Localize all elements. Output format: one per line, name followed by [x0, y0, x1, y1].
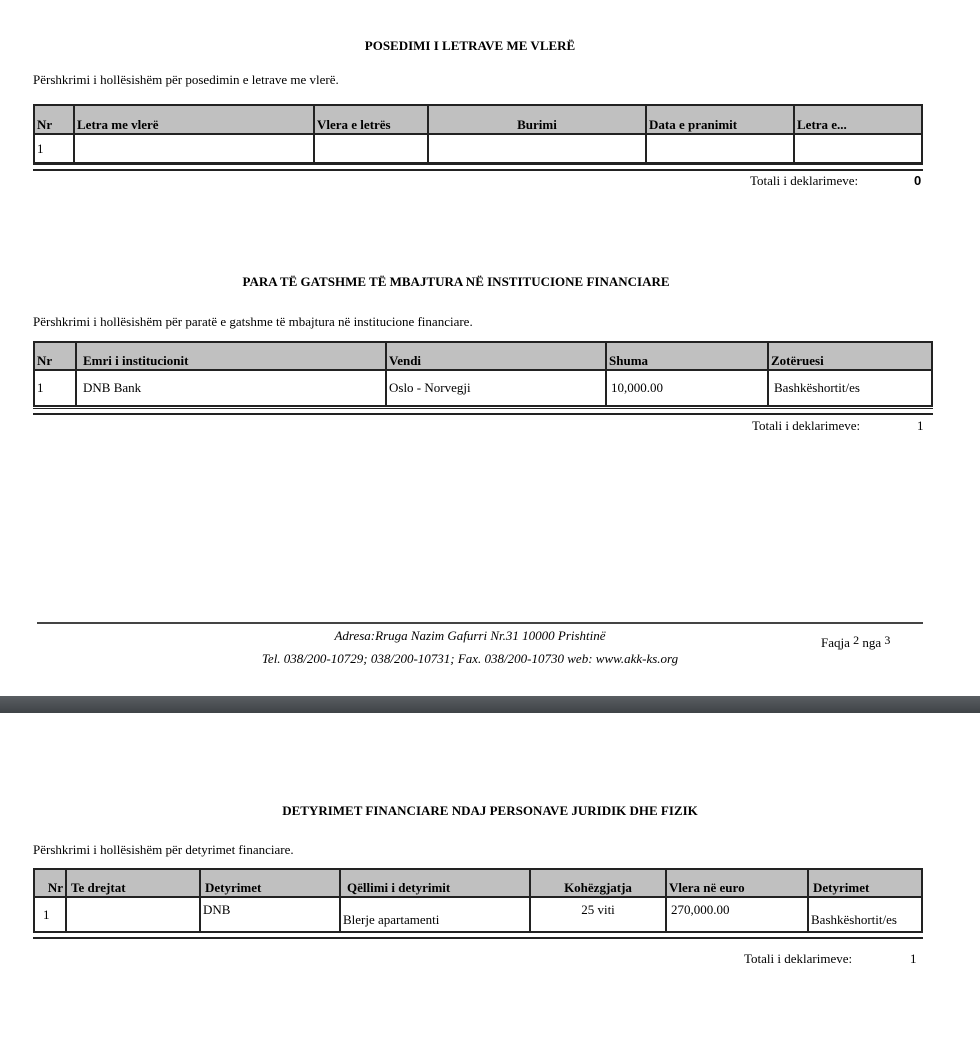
cell-nr: 1 — [34, 370, 76, 406]
cell-owner: Bashkëshortit/es — [768, 370, 932, 406]
total-label: Totali i deklarimeve: — [752, 418, 860, 434]
section-title-liabilities: DETYRIMET FINANCIARE NDAJ PERSONAVE JURI… — [20, 803, 960, 819]
col-header-amount: Shuma — [606, 342, 768, 370]
liabilities-table: Nr Te drejtat Detyrimet Qëllimi i detyri… — [33, 868, 923, 933]
total-label: Totali i deklarimeve: — [744, 951, 852, 967]
col-header-institution: Emri i institucionit — [76, 342, 386, 370]
cell-date — [646, 134, 794, 163]
col-header-purpose: Qëllimi i detyrimit — [340, 869, 530, 897]
col-header-date-received: Data e pranimit — [646, 105, 794, 134]
cell-letter — [794, 134, 922, 163]
page-total: 3 — [884, 633, 890, 647]
cell-nr: 1 — [34, 897, 66, 932]
cell-country: Oslo - Norvegji — [386, 370, 606, 406]
cell-source — [428, 134, 646, 163]
table-bottom-rule — [33, 932, 923, 939]
cash-table: Nr Emri i institucionit Vendi Shuma Zotë… — [33, 341, 933, 407]
cell-duration: 25 viti — [530, 897, 666, 932]
col-header-source: Burimi — [428, 105, 646, 134]
document-page-3: DETYRIMET FINANCIARE NDAJ PERSONAVE JURI… — [0, 713, 980, 1063]
col-header-nr: Nr — [34, 869, 66, 897]
col-header-nr: Nr — [34, 105, 74, 134]
cell-purpose: Blerje apartamenti — [340, 897, 530, 932]
col-header-rights: Te drejtat — [66, 869, 200, 897]
table-bottom-rule — [33, 164, 923, 171]
cell-value — [314, 134, 428, 163]
total-label: Totali i deklarimeve: — [750, 173, 858, 189]
page-number: Faqja 2 nga 3 — [821, 633, 890, 651]
col-header-security: Letra me vlerë — [74, 105, 314, 134]
section-title-cash: PARA TË GATSHME TË MBAJTURA NË INSTITUCI… — [0, 274, 926, 290]
document-page-2: POSEDIMI I LETRAVE ME VLERË Përshkrimi i… — [0, 0, 980, 696]
cell-value-euro: 270,000.00 — [666, 897, 808, 932]
footer-address: Adresa:Rruga Nazim Gafurri Nr.31 10000 P… — [0, 628, 940, 644]
cell-institution: DNB Bank — [76, 370, 386, 406]
total-value: 0 — [914, 173, 921, 188]
col-header-value-euro: Vlera në euro — [666, 869, 808, 897]
table-row: 1 DNB Bank Oslo - Norvegji 10,000.00 Bas… — [34, 370, 932, 406]
section-description-liabilities: Përshkrimi i hollësishëm për detyrimet f… — [33, 842, 294, 858]
col-header-obligations: Detyrimet — [200, 869, 340, 897]
section-description-cash: Përshkrimi i hollësishëm për paratë e ga… — [33, 314, 473, 330]
col-header-nr: Nr — [34, 342, 76, 370]
page-current: 2 — [853, 633, 859, 647]
table-row: 1 DNB Blerje apartamenti 25 viti 270,000… — [34, 897, 922, 932]
col-header-letter: Letra e... — [794, 105, 922, 134]
cell-amount: 10,000.00 — [606, 370, 768, 406]
table-row: 1 — [34, 134, 922, 163]
footer-divider — [37, 622, 923, 624]
total-value: 1 — [910, 951, 917, 967]
cell-obligations: DNB — [200, 897, 340, 932]
page-of-label: nga — [862, 635, 881, 650]
cell-owner: Bashkëshortit/es — [808, 897, 922, 932]
col-header-obligations-owner: Detyrimet — [808, 869, 922, 897]
section-description-securities: Përshkrimi i hollësishëm për posedimin e… — [33, 72, 339, 88]
cell-rights — [66, 897, 200, 932]
page-separator — [0, 696, 980, 713]
col-header-owner: Zotëruesi — [768, 342, 932, 370]
table-bottom-rule — [33, 408, 933, 415]
cell-nr: 1 — [34, 134, 74, 163]
securities-table: Nr Letra me vlerë Vlera e letrës Burimi … — [33, 104, 923, 164]
page-label: Faqja — [821, 635, 850, 650]
footer-contact: Tel. 038/200-10729; 038/200-10731; Fax. … — [0, 651, 940, 667]
col-header-value: Vlera e letrës — [314, 105, 428, 134]
cell-security — [74, 134, 314, 163]
section-title-securities: POSEDIMI I LETRAVE ME VLERË — [0, 38, 940, 54]
total-value: 1 — [917, 418, 924, 434]
col-header-country: Vendi — [386, 342, 606, 370]
col-header-duration: Kohëzgjatja — [530, 869, 666, 897]
